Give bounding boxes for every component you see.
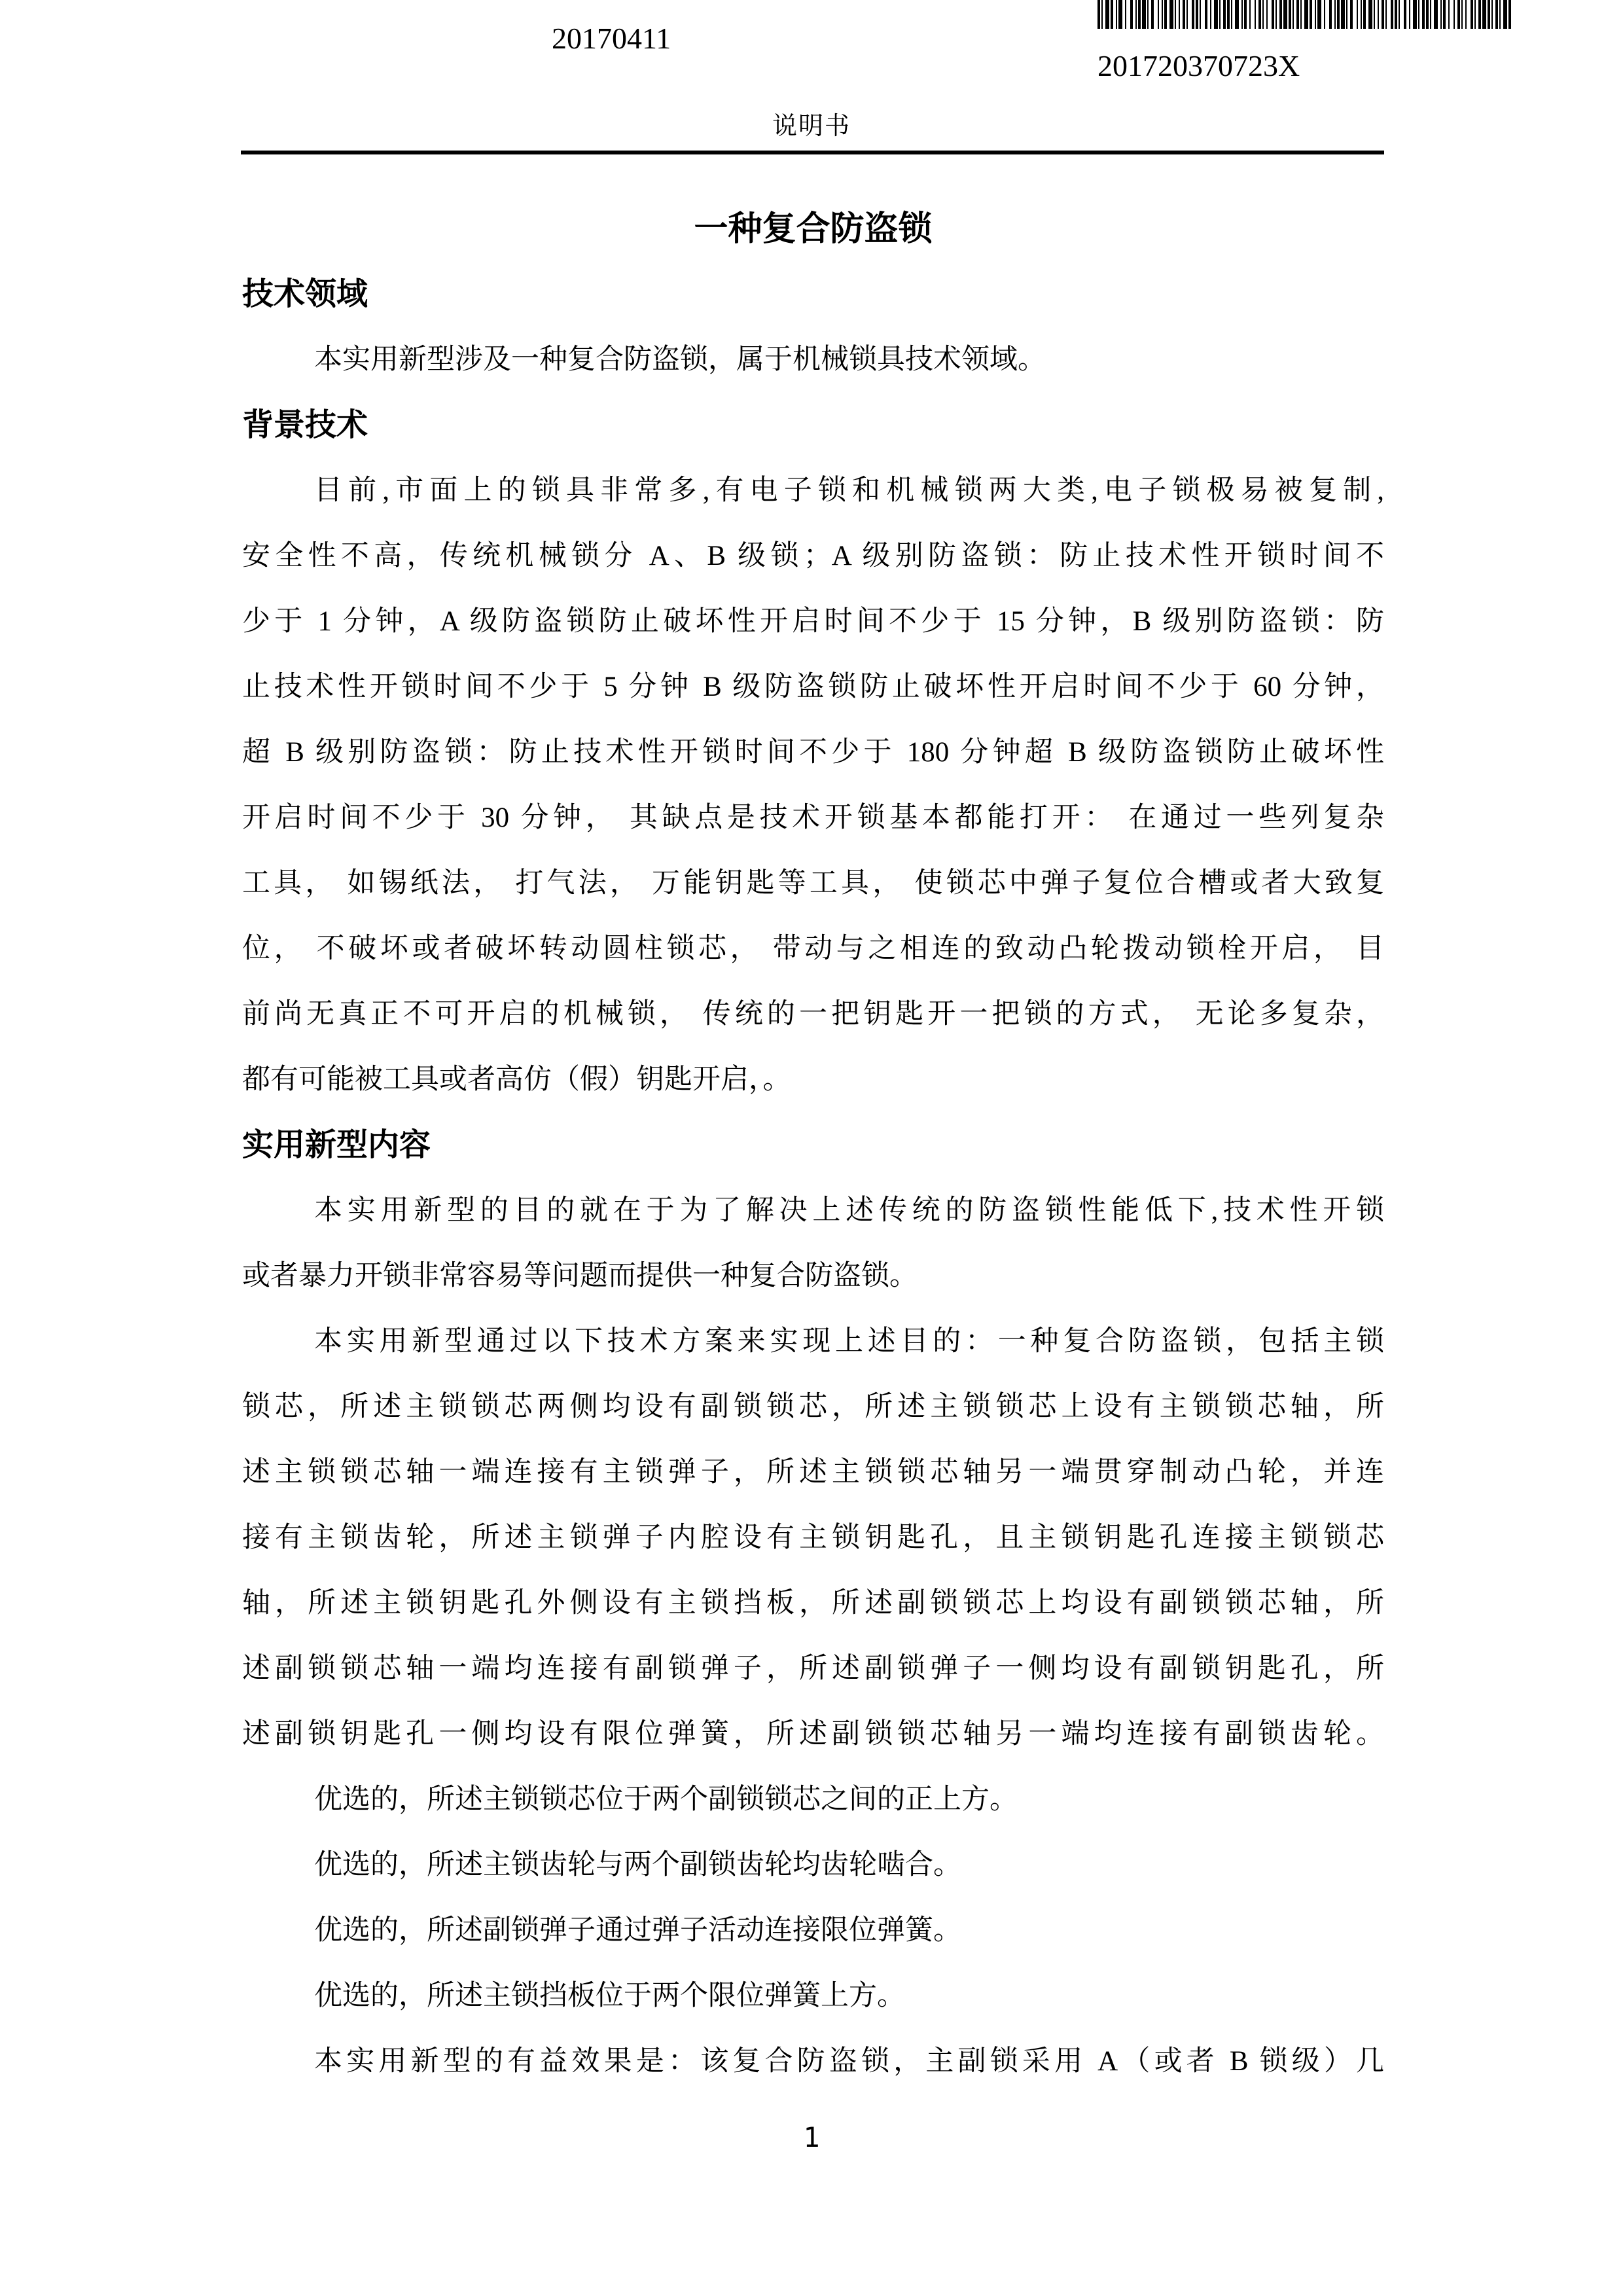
body-line: 都有可能被工具或者高仿（假）钥匙开启，。 [242, 1047, 1384, 1113]
body-line: 本实用新型的有益效果是：该复合防盗锁，主副锁采用 A（或者 B 锁级）几 [242, 2029, 1384, 2094]
section-heading: 技术领域 [242, 262, 1384, 327]
body-line: 述主锁锁芯轴一端连接有主锁弹子，所述主锁锁芯轴另一端贯穿制动凸轮，并连 [242, 1440, 1384, 1505]
body-line: 本实用新型通过以下技术方案来实现上述目的：一种复合防盗锁，包括主锁 [242, 1309, 1384, 1374]
body-line: 工具， 如锡纸法， 打气法， 万能钥匙等工具， 使锁芯中弹子复位合槽或者大致复 [242, 851, 1384, 916]
body-line: 优选的，所述主锁齿轮与两个副锁齿轮均齿轮啮合。 [242, 1833, 1384, 1898]
body-line: 前尚无真正不可开启的机械锁， 传统的一把钥匙开一把锁的方式， 无论多复杂， [242, 982, 1384, 1047]
section-heading: 实用新型内容 [242, 1113, 1384, 1178]
body-line: 安全性不高，传统机械锁分 A、B 级锁；A 级别防盗锁：防止技术性开锁时间不 [242, 524, 1384, 589]
section-heading: 背景技术 [242, 393, 1384, 458]
body-line: 或者暴力开锁非常容易等问题而提供一种复合防盗锁。 [242, 1244, 1384, 1309]
invention-title: 一种复合防盗锁 [242, 196, 1384, 262]
body-line: 位， 不破坏或者破坏转动圆柱锁芯， 带动与之相连的致动凸轮拨动锁栓开启， 目 [242, 916, 1384, 982]
header-date: 20170411 [552, 24, 671, 54]
body-line: 本实用新型的目的就在于为了解决上述传统的防盗锁性能低下,技术性开锁 [242, 1178, 1384, 1244]
body-line: 优选的，所述副锁弹子通过弹子活动连接限位弹簧。 [242, 1898, 1384, 1964]
body-line: 锁芯，所述主锁锁芯两侧均设有副锁锁芯，所述主锁锁芯上设有主锁锁芯轴，所 [242, 1374, 1384, 1440]
body-line: 优选的，所述主锁挡板位于两个限位弹簧上方。 [242, 1964, 1384, 2029]
body-line: 目前,市面上的锁具非常多,有电子锁和机械锁两大类,电子锁极易被复制, [242, 458, 1384, 524]
document-body: 一种复合防盗锁 技术领域本实用新型涉及一种复合防盗锁，属于机械锁具技术领域。背景… [242, 196, 1384, 2094]
body-line: 止技术性开锁时间不少于 5 分钟 B 级防盗锁防止破坏性开启时间不少于 60 分… [242, 655, 1384, 720]
header-divider-line [241, 151, 1384, 154]
body-line: 少于 1 分钟，A 级防盗锁防止破坏性开启时间不少于 15 分钟，B 级别防盗锁… [242, 589, 1384, 655]
page-number: 1 [0, 2124, 1623, 2151]
barcode-icon [1097, 0, 1514, 29]
body-line: 开启时间不少于 30 分钟， 其缺点是技术开锁基本都能打开： 在通过一些列复杂 [242, 785, 1384, 851]
body-line: 述副锁锁芯轴一端均连接有副锁弹子，所述副锁弹子一侧均设有副锁钥匙孔，所 [242, 1636, 1384, 1702]
body-line: 轴，所述主锁钥匙孔外侧设有主锁挡板，所述副锁锁芯上均设有副锁锁芯轴，所 [242, 1571, 1384, 1636]
patent-description-page: 20170411 201720370723X 说明书 一种复合防盗锁 技术领域本… [0, 0, 1623, 2296]
body-line: 接有主锁齿轮，所述主锁弹子内腔设有主锁钥匙孔，且主锁钥匙孔连接主锁锁芯 [242, 1505, 1384, 1571]
body-line: 述副锁钥匙孔一侧均设有限位弹簧，所述副锁锁芯轴另一端均连接有副锁齿轮。 [242, 1702, 1384, 1767]
body-line: 本实用新型涉及一种复合防盗锁，属于机械锁具技术领域。 [242, 327, 1384, 393]
document-type-label: 说明书 [0, 114, 1623, 139]
barcode-bar [1511, 0, 1514, 29]
body-line: 超 B 级别防盗锁：防止技术性开锁时间不少于 180 分钟超 B 级防盗锁防止破… [242, 720, 1384, 785]
body-line: 优选的，所述主锁锁芯位于两个副锁锁芯之间的正上方。 [242, 1767, 1384, 1833]
application-number: 201720370723X [1097, 51, 1300, 81]
